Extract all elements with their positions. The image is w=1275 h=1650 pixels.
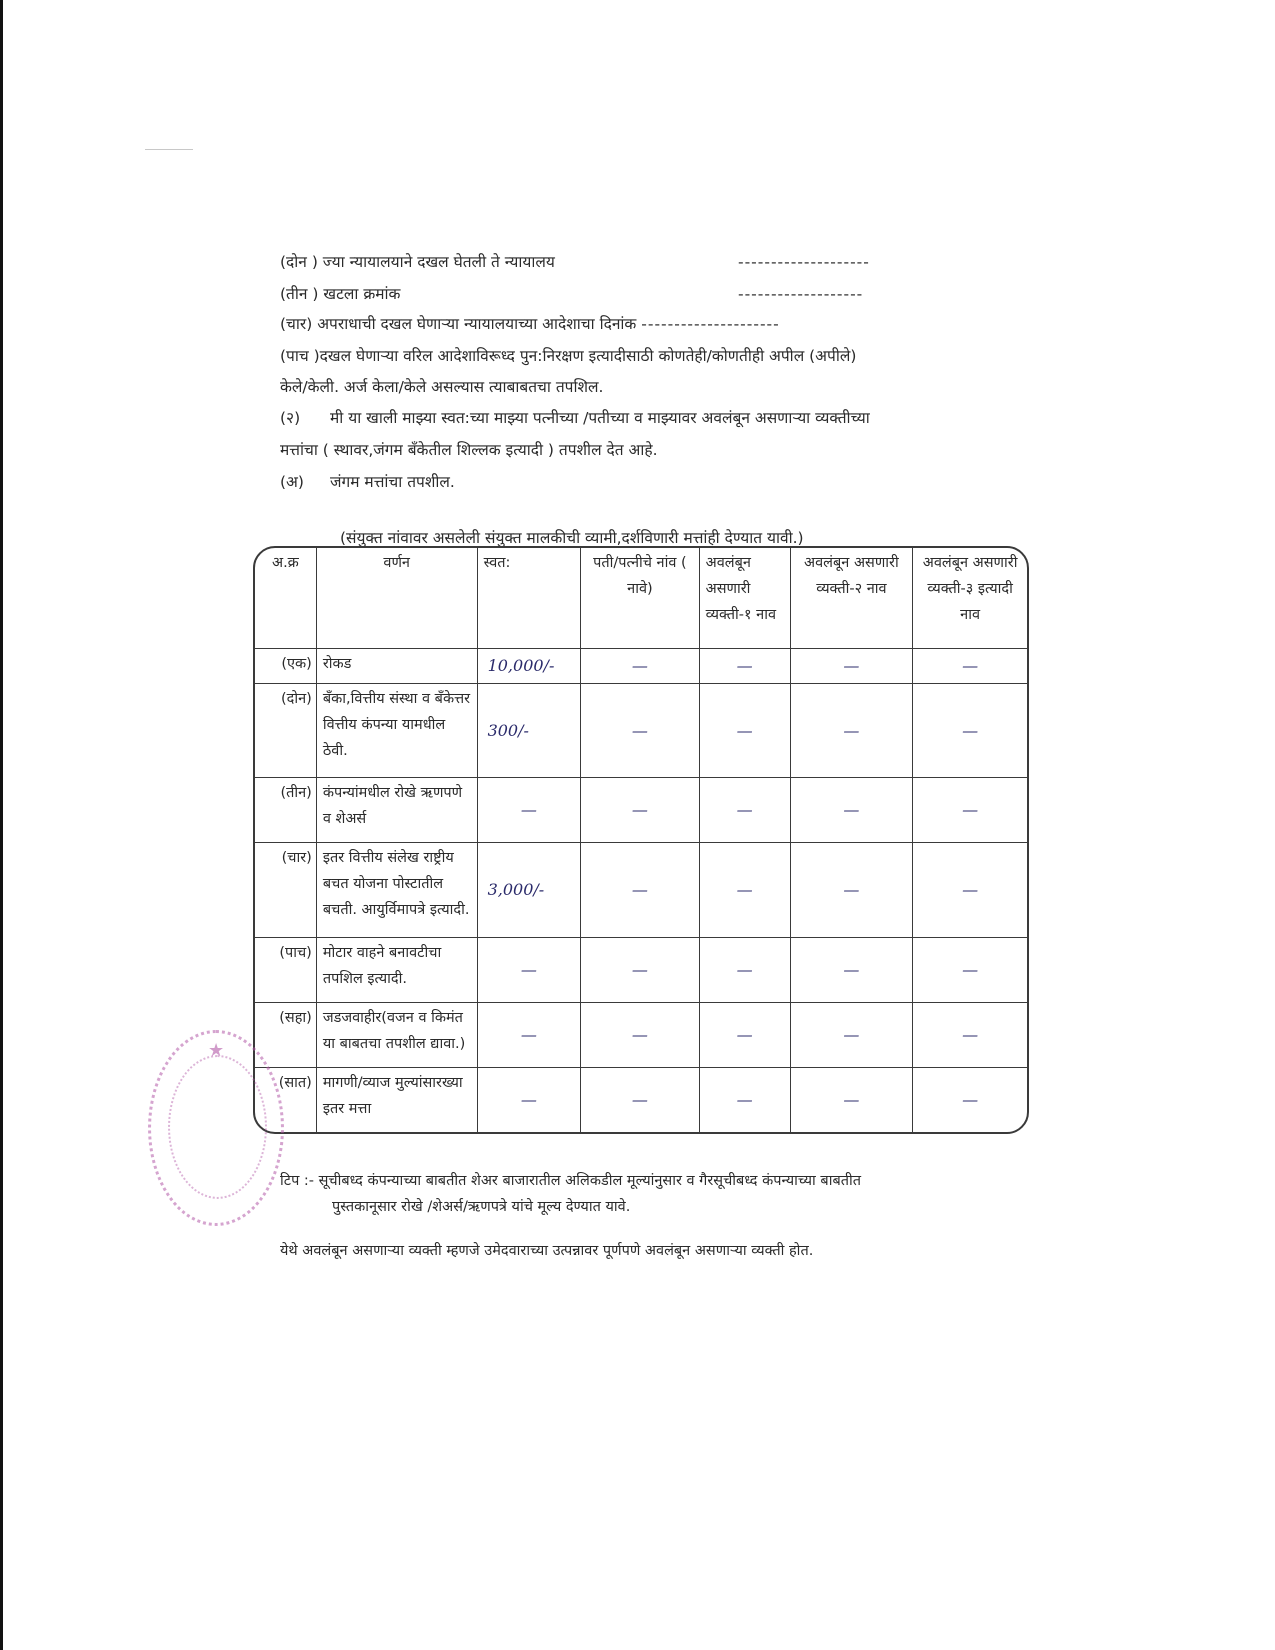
- item-appeal-cont: केले/केली. अर्ज केला/केले असल्यास त्याबा…: [280, 377, 603, 397]
- value-dependent-2: —: [790, 683, 913, 778]
- value-self: 3,000/-: [477, 843, 581, 938]
- row-description: बँका,वित्तीय संस्था व बँकेत्तर वित्तीय क…: [316, 683, 477, 778]
- table-row: (पाच) मोटार वाहने बनावटीचा तपशिल इत्यादी…: [255, 938, 1027, 1003]
- declaration: (२)मी या खाली माझ्या स्वत:च्या माझ्या पत…: [280, 408, 870, 428]
- value-dependent-2: —: [790, 778, 913, 843]
- value-dependent-1: —: [699, 683, 790, 778]
- item-label: (पाच )दखल घेणाऱ्या वरिल आदेशाविरूध्द पुन…: [280, 347, 856, 365]
- row-description: मागणी/व्याज मुल्यांसारख्या इतर मत्ता: [316, 1068, 477, 1132]
- movable-assets-table: अ.क्र वर्णन स्वत: पती/पत्नीचे नांव ( नाव…: [253, 546, 1029, 1134]
- value-dependent-1: —: [699, 938, 790, 1003]
- value-dependent-3: —: [913, 683, 1027, 778]
- dependent-definition: येथे अवलंबून असणाऱ्या व्यक्ती म्हणजे उमे…: [280, 1240, 813, 1260]
- item-label: (दोन ) ज्या न्यायालयाने दखल घेतली ते न्य…: [280, 253, 555, 271]
- joint-ownership-note: (संयुक्त नांवावर असलेली संयुक्त मालकीची …: [340, 526, 804, 548]
- row-serial: (दोन): [255, 683, 316, 778]
- blank-field: --------------------: [738, 252, 870, 272]
- blank-field: ---------------------: [641, 315, 779, 333]
- header-self: स्वत:: [477, 548, 581, 648]
- value-spouse: —: [581, 843, 699, 938]
- value-dependent-1: —: [699, 843, 790, 938]
- value-dependent-1: —: [699, 648, 790, 683]
- item-appeal: (पाच )दखल घेणाऱ्या वरिल आदेशाविरूध्द पुन…: [280, 346, 856, 366]
- section-movable-assets: (अ)जंगम मत्तांचा तपशील.: [280, 472, 455, 492]
- table-row: (एक) रोकड 10,000/- — — — —: [255, 648, 1027, 683]
- section-number: (२): [280, 408, 330, 428]
- blank-field: -------------------: [738, 284, 863, 304]
- header-serial: अ.क्र: [255, 548, 316, 648]
- value-self: 10,000/-: [477, 648, 581, 683]
- table-row: (दोन) बँका,वित्तीय संस्था व बँकेत्तर वित…: [255, 683, 1027, 778]
- item-court-name: (दोन ) ज्या न्यायालयाने दखल घेतली ते न्य…: [280, 252, 555, 272]
- section-number: (अ): [280, 472, 330, 492]
- value-dependent-3: —: [913, 1068, 1027, 1132]
- value-spouse: —: [581, 683, 699, 778]
- scan-edge: [0, 0, 3, 1650]
- row-serial: (सहा): [255, 1003, 316, 1068]
- row-description: रोकड: [316, 648, 477, 683]
- value-self: 300/-: [477, 683, 581, 778]
- value-dependent-3: —: [913, 778, 1027, 843]
- value-spouse: —: [581, 1068, 699, 1132]
- item-order-date: (चार) अपराधाची दखल घेणाऱ्या न्यायालयाच्य…: [280, 314, 780, 334]
- row-description: इतर वित्तीय संलेख राष्ट्रीय बचत योजना पो…: [316, 843, 477, 938]
- footnote: टिप :- सूचीबध्द कंपन्याच्या बाबतीत शेअर …: [280, 1168, 861, 1220]
- declaration-text: मी या खाली माझ्या स्वत:च्या माझ्या पत्नी…: [330, 409, 870, 427]
- header-dependent-1: अवलंबून असणारी व्यक्ती-१ नाव: [699, 548, 790, 648]
- table-row: (चार) इतर वित्तीय संलेख राष्ट्रीय बचत यो…: [255, 843, 1027, 938]
- row-description: जडजवाहीर(वजन व किमंत या बाबतचा तपशील द्य…: [316, 1003, 477, 1068]
- value-dependent-3: —: [913, 938, 1027, 1003]
- header-dependent-3: अवलंबून असणारी व्यक्ती-३ इत्यादी नाव: [913, 548, 1027, 648]
- value-dependent-1: —: [699, 778, 790, 843]
- row-serial: (एक): [255, 648, 316, 683]
- declaration-cont: मत्तांचा ( स्थावर,जंगम बँकेतील शिल्लक इत…: [280, 440, 658, 460]
- row-description: कंपन्यांमधील रोखे ऋणपणे व शेअर्स: [316, 778, 477, 843]
- declaration-text: मत्तांचा ( स्थावर,जंगम बँकेतील शिल्लक इत…: [280, 441, 658, 459]
- stamp-star-icon: ★: [208, 1040, 224, 1061]
- row-serial: (तीन): [255, 778, 316, 843]
- value-self: —: [477, 1068, 581, 1132]
- value-dependent-2: —: [790, 938, 913, 1003]
- footnote-line: पुस्तकानूसार रोखे /शेअर्स/ऋणपत्रे यांचे …: [280, 1194, 861, 1220]
- row-serial: (चार): [255, 843, 316, 938]
- value-spouse: —: [581, 648, 699, 683]
- section-title: जंगम मत्तांचा तपशील.: [330, 473, 455, 491]
- item-case-number: (तीन ) खटला क्रमांक -------------------: [280, 284, 400, 304]
- value-dependent-2: —: [790, 1068, 913, 1132]
- table-header-row: अ.क्र वर्णन स्वत: पती/पत्नीचे नांव ( नाव…: [255, 548, 1027, 648]
- value-dependent-3: —: [913, 1003, 1027, 1068]
- value-spouse: —: [581, 938, 699, 1003]
- item-label: (चार) अपराधाची दखल घेणाऱ्या न्यायालयाच्य…: [280, 315, 636, 333]
- header-dependent-2: अवलंबून असणारी व्यक्ती-२ नाव: [790, 548, 913, 648]
- footnote-line: टिप :- सूचीबध्द कंपन्याच्या बाबतीत शेअर …: [280, 1168, 861, 1194]
- row-description: मोटार वाहने बनावटीचा तपशिल इत्यादी.: [316, 938, 477, 1003]
- header-description: वर्णन: [316, 548, 477, 648]
- value-spouse: —: [581, 778, 699, 843]
- value-dependent-3: —: [913, 648, 1027, 683]
- value-spouse: —: [581, 1003, 699, 1068]
- official-stamp-inner-ring: [168, 1055, 267, 1199]
- value-dependent-1: —: [699, 1068, 790, 1132]
- value-dependent-2: —: [790, 648, 913, 683]
- header-spouse: पती/पत्नीचे नांव ( नावे): [581, 548, 699, 648]
- scan-mark: [145, 149, 193, 150]
- value-self: —: [477, 938, 581, 1003]
- value-dependent-3: —: [913, 843, 1027, 938]
- row-serial: (पाच): [255, 938, 316, 1003]
- value-dependent-1: —: [699, 1003, 790, 1068]
- value-dependent-2: —: [790, 843, 913, 938]
- table-row: (सात) मागणी/व्याज मुल्यांसारख्या इतर मत्…: [255, 1068, 1027, 1132]
- table-row: (सहा) जडजवाहीर(वजन व किमंत या बाबतचा तपश…: [255, 1003, 1027, 1068]
- item-label: केले/केली. अर्ज केला/केले असल्यास त्याबा…: [280, 378, 603, 396]
- value-self: —: [477, 1003, 581, 1068]
- item-label: (तीन ) खटला क्रमांक: [280, 285, 400, 303]
- value-self: —: [477, 778, 581, 843]
- table-row: (तीन) कंपन्यांमधील रोखे ऋणपणे व शेअर्स —…: [255, 778, 1027, 843]
- value-dependent-2: —: [790, 1003, 913, 1068]
